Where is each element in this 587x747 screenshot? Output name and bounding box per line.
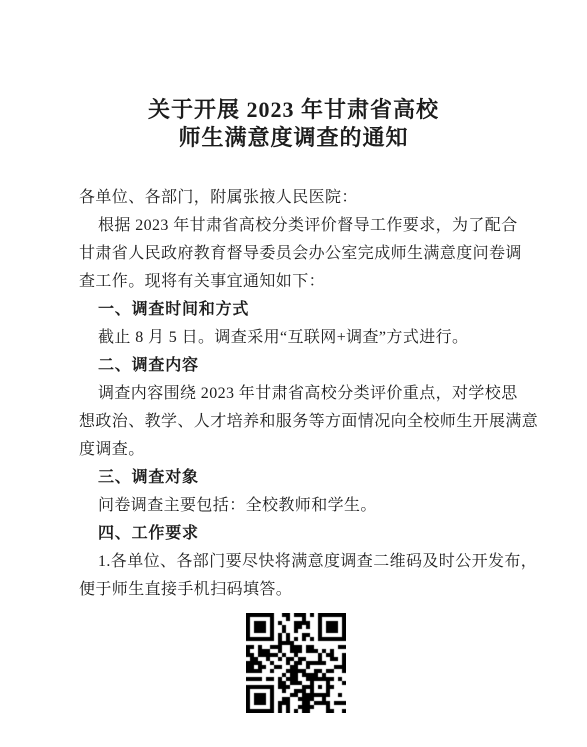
body-line: 1.各单位、各部门要尽快将满意度调查二维码及时公开发布，: [79, 548, 525, 576]
body-line: 度调查。: [79, 436, 525, 464]
body-line: 根据 2023 年甘肃省高校分类评价督导工作要求，为了配合: [79, 212, 525, 240]
body-line: 便于师生直接手机扫码填答。: [79, 576, 525, 604]
document-body: 各单位、各部门，附属张掖人民医院：根据 2023 年甘肃省高校分类评价督导工作要…: [79, 184, 525, 604]
section-heading: 一、调查时间和方式: [79, 296, 525, 324]
body-line: 截止 8 月 5 日。调查采用“互联网+调查”方式进行。: [79, 324, 525, 352]
document-title: 关于开展 2023 年甘肃省高校 师生满意度调查的通知: [0, 96, 587, 152]
body-line: 甘肃省人民政府教育督导委员会办公室完成师生满意度问卷调: [79, 240, 525, 268]
section-heading: 四、工作要求: [79, 520, 525, 548]
section-heading: 二、调查内容: [79, 352, 525, 380]
notice-document-page: 关于开展 2023 年甘肃省高校 师生满意度调查的通知 各单位、各部门，附属张掖…: [0, 0, 587, 747]
qr-code: [246, 613, 346, 713]
document-title-line2: 师生满意度调查的通知: [0, 124, 587, 152]
body-line: 问卷调查主要包括：全校教师和学生。: [79, 492, 525, 520]
body-line: 查工作。现将有关事宜通知如下：: [79, 268, 525, 296]
body-line: 调查内容围绕 2023 年甘肃省高校分类评价重点，对学校思: [79, 380, 525, 408]
body-line: 想政治、教学、人才培养和服务等方面情况向全校师生开展满意: [79, 408, 525, 436]
section-heading: 三、调查对象: [79, 464, 525, 492]
body-line: 各单位、各部门，附属张掖人民医院：: [79, 184, 525, 212]
document-title-line1: 关于开展 2023 年甘肃省高校: [0, 96, 587, 124]
